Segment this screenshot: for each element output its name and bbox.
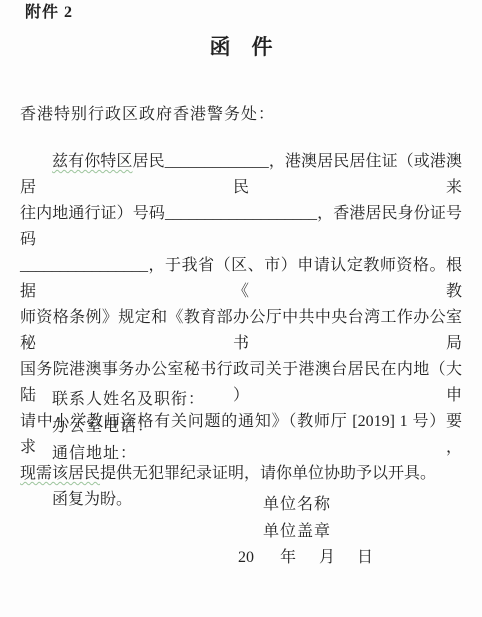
document-page: 附件 2 函 件 香港特别行政区政府香港警务处： 兹有你特区居民________… xyxy=(0,0,482,617)
date-year-prefix: 20 xyxy=(238,549,254,566)
body-line: ________________，于我省（区、市）申请认定教师资格。根据《教 xyxy=(20,253,462,305)
attachment-label: 附件 2 xyxy=(25,2,73,24)
document-title: 函 件 xyxy=(0,33,482,61)
contact-block: 联系人姓名及职衔： 办公室电话： 通信地址： xyxy=(52,386,205,467)
body-line: 师资格条例》规定和《教育部办公厅中共中央台湾工作办公室秘书局 xyxy=(20,305,462,357)
body-text-segment: ________________，于我省（区、市）申请认定教师资格。根据《教 xyxy=(20,257,462,300)
salutation-line: 香港特别行政区政府香港警务处： xyxy=(20,105,462,125)
date-month-label: 月 xyxy=(319,549,335,566)
body-text-segment: 提供无犯罪纪录证明，请你单位协助予以开具。 xyxy=(100,465,436,482)
body-text-segment: 师资格条例》规定和《教育部办公厅中共中央台湾工作办公室秘书局 xyxy=(20,309,462,352)
office-phone-line: 办公室电话： xyxy=(52,413,205,440)
body-line: 往内地通行证）号码___________________，香港居民身份证号码 xyxy=(20,201,462,253)
body-line: 函复为盼。 xyxy=(20,487,462,513)
grammar-squiggle-text: 兹有你特区 xyxy=(52,153,133,170)
date-year-label: 年 xyxy=(280,549,296,566)
date-day-label: 日 xyxy=(357,549,373,566)
signature-unit-name: 单位名称 xyxy=(263,496,331,514)
body-line: 兹有你特区居民_____________，港澳居民居住证（或港澳居民来 xyxy=(20,149,462,201)
contact-person-line: 联系人姓名及职衔： xyxy=(52,386,205,413)
mailing-address-line: 通信地址： xyxy=(52,440,205,467)
grammar-squiggle-text: 现需该居民 xyxy=(20,465,100,482)
body-text-segment: 函复为盼。 xyxy=(52,491,132,508)
signature-unit-seal: 单位盖章 xyxy=(263,523,331,541)
body-text-segment: 往内地通行证）号码___________________，香港居民身份证号码 xyxy=(20,205,462,248)
signature-date-line: 20年月日 xyxy=(238,549,373,567)
